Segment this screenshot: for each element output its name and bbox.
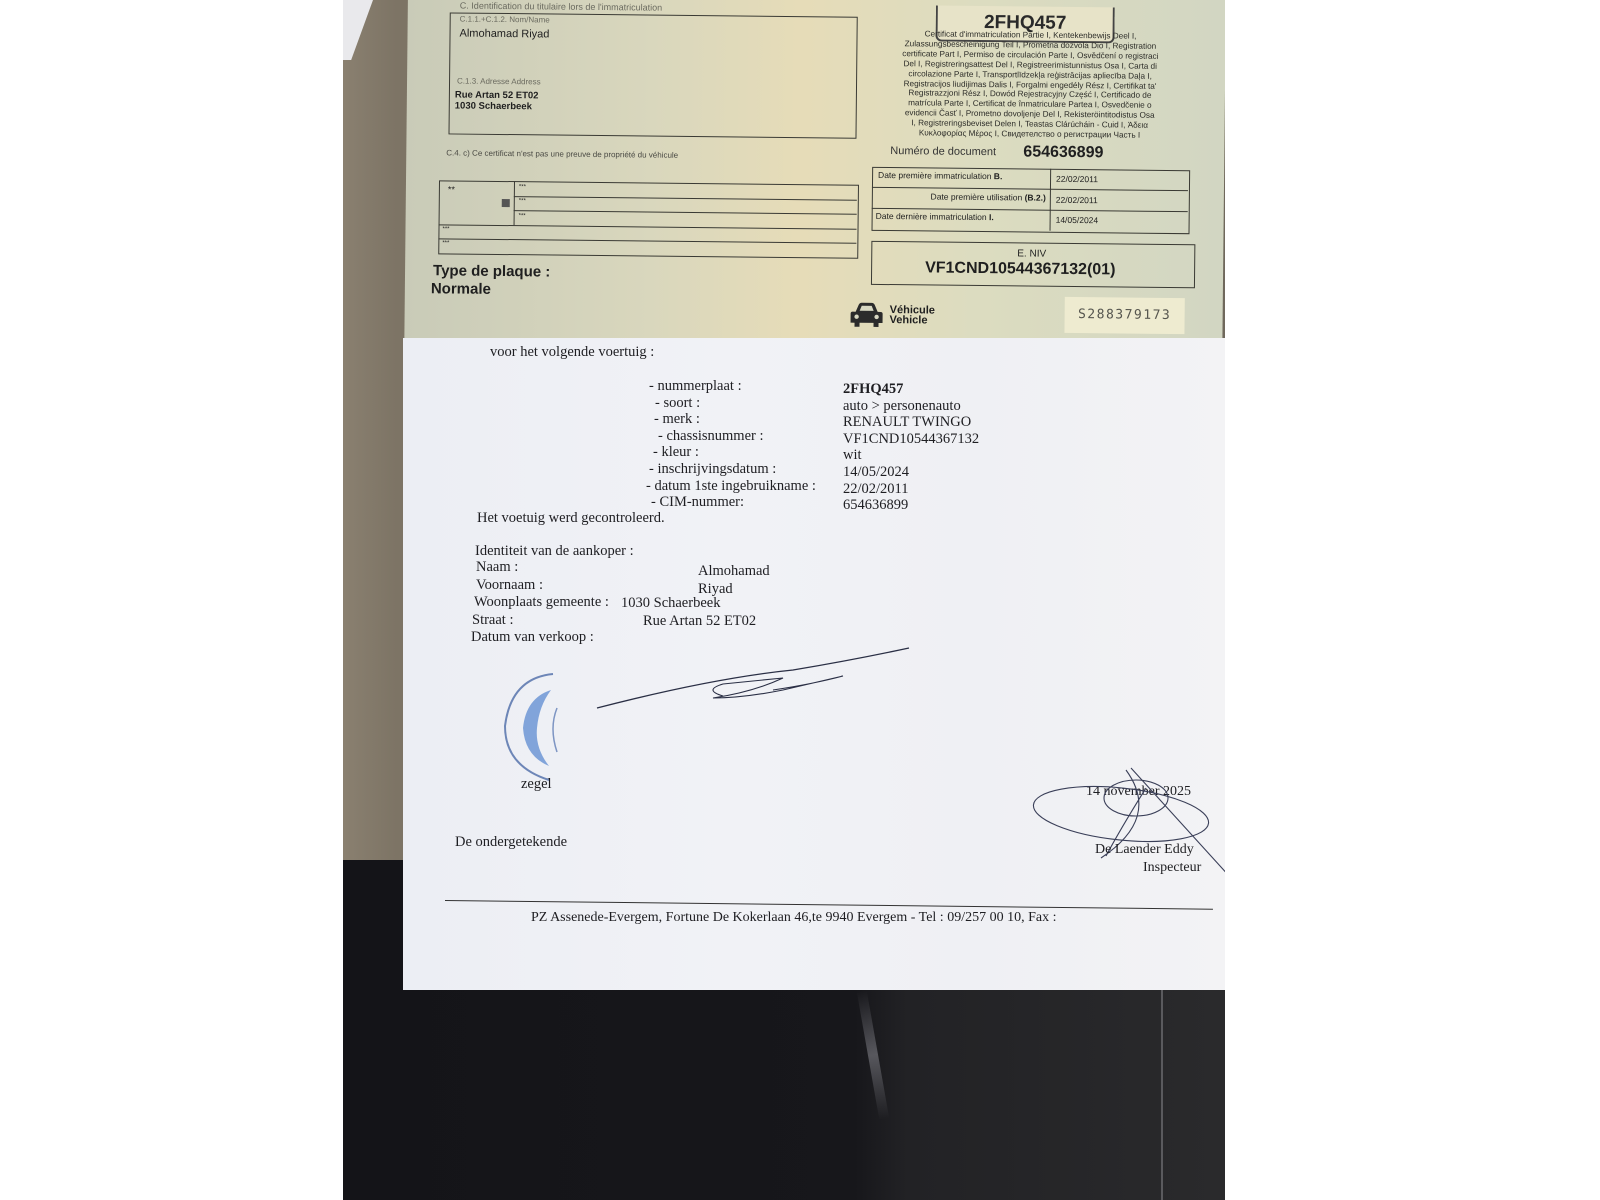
registration-certificate: C. Identification du titulaire lors de l… (404, 0, 1225, 354)
vehicle-field-value: 654636899 (843, 497, 908, 514)
buyer-field-label: Straat : (472, 612, 513, 629)
vehicle-field-label: - inschrijvingsdatum : (649, 461, 776, 478)
ownership-disclaimer: C.4. c) Ce certificat n'est pas une preu… (446, 148, 678, 159)
vehicle-grid (438, 180, 859, 258)
vin-value: VF1CND10544367132(01) (925, 259, 1116, 279)
grid-mark: *** (442, 240, 449, 246)
background-paper-corner (343, 0, 373, 60)
buyer-field-value: 1030 Schaerbeek (621, 595, 720, 612)
undersigned-label: De ondergetekende (455, 834, 567, 851)
date-row-value: 22/02/2011 (1056, 174, 1098, 184)
plate-type-label: Type de plaque : (433, 262, 550, 280)
buyer-field-label: Datum van verkoop : (471, 629, 594, 646)
date-row-label: Date première immatriculation B. (876, 170, 1048, 182)
serial-number: S288379173 (1064, 297, 1184, 334)
buyer-signature (593, 638, 913, 718)
date-code: B. (994, 171, 1003, 181)
name-label: C.1.1.+C.1.2. Nom/Name (460, 15, 550, 25)
date-label: Date première utilisation (931, 191, 1023, 202)
date-code: I. (989, 212, 994, 222)
buyer-heading: Identiteit van de aankoper : (475, 543, 634, 560)
vehicle-field-value: wit (843, 447, 862, 464)
date-row-value: 22/02/2011 (1056, 194, 1098, 204)
vehicle-field-label: - soort : (655, 395, 700, 412)
date-row-value: 14/05/2024 (1056, 215, 1099, 225)
vehicle-field-label: - merk : (654, 411, 700, 428)
document-photo: C. Identification du titulaire lors de l… (343, 0, 1225, 1200)
vehicle-field-value: auto > personenauto (843, 398, 961, 415)
footer-divider (445, 900, 1213, 910)
date-row-label: Date première utilisation (B.2.) (876, 190, 1046, 202)
address-line2: 1030 Schaerbeek (455, 100, 532, 112)
document-number: 654636899 (1023, 143, 1103, 162)
date-label: Date dernière immatriculation (876, 211, 987, 222)
date-code: (B.2.) (1025, 192, 1046, 202)
buyer-field-label: Voornaam : (476, 577, 543, 594)
multilingual-title: Certificat d'immatriculation Partie I, K… (870, 29, 1189, 141)
car-icon (849, 302, 883, 328)
grid-mark: *** (519, 198, 526, 204)
vehicle-field-value: 2FHQ457 (843, 381, 903, 398)
report-intro: voor het volgende voertuig : (490, 344, 654, 361)
address-label: C.1.3. Adresse Address (457, 77, 541, 87)
buyer-field-label: Woonplaats gemeente : (474, 594, 609, 611)
buyer-field-value: Almohamad (698, 563, 770, 580)
grid-mark: *** (519, 184, 526, 190)
plate-type-value: Normale (431, 280, 491, 298)
seal-label: zegel (521, 776, 552, 793)
holder-name: Almohamad Riyad (459, 28, 549, 41)
inspector-title: Inspecteur (1143, 860, 1201, 876)
date-row-label: Date dernière immatriculation I. (876, 211, 1046, 223)
document-number-label: Numéro de document (890, 145, 996, 158)
grid-mark: ** (448, 184, 455, 194)
vin-label: E. NIV (1017, 248, 1046, 259)
grid-square-icon (502, 199, 510, 207)
vehicle-field-value: 14/05/2024 (843, 464, 909, 481)
buyer-field-label: Naam : (476, 559, 518, 576)
vehicle-field-label: - datum 1ste ingebruikname : (646, 478, 816, 495)
buyer-field-value: Rue Artan 52 ET02 (643, 613, 756, 630)
grid-mark: *** (442, 226, 449, 232)
grid-mark: *** (519, 213, 526, 219)
vehicle-field-label: - chassisnummer : (658, 428, 764, 445)
checked-statement: Het voetuig werd gecontroleerd. (477, 510, 665, 527)
address-line1: Rue Artan 52 ET02 (455, 89, 539, 101)
official-stamp (491, 668, 581, 788)
vehicle-field-label: - CIM-nummer: (651, 494, 744, 511)
vehicle-field-label: - kleur : (653, 444, 699, 461)
vehicle-field-value: 22/02/2011 (843, 481, 909, 498)
inspector-name: De Laender Eddy (1095, 842, 1194, 858)
inspection-report: voor het volgende voertuig : - nummerpla… (403, 338, 1225, 990)
vehicle-field-value: RENAULT TWINGO (843, 414, 971, 431)
section-c-title: C. Identification du titulaire lors de l… (460, 1, 662, 13)
vehicle-field-value: VF1CND10544367132 (843, 431, 979, 448)
vehicle-label-en: Vehicle (890, 315, 928, 325)
footer-contact: PZ Assenede-Evergem, Fortune De Kokerlaa… (531, 910, 1056, 926)
date-label: Date première immatriculation (878, 170, 991, 181)
vehicle-field-label: - nummerplaat : (649, 378, 742, 395)
